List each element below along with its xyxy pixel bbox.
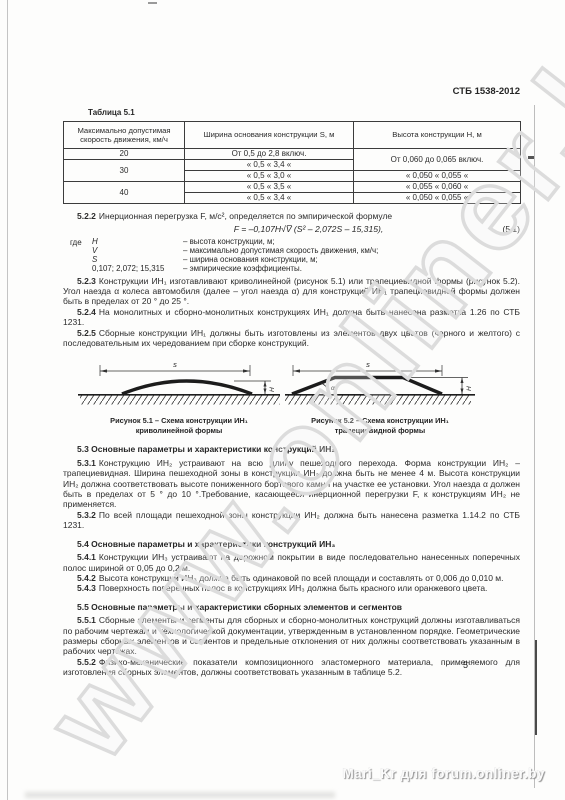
scan-bottom-smudge — [25, 792, 335, 798]
col-header-width: Ширина основания конструкции S, м — [185, 122, 354, 149]
height-dimension-label: H — [269, 387, 276, 392]
cell-width: « 0,5 « 3,0 « — [185, 171, 354, 182]
figure-5-1: s H — [78, 356, 280, 411]
figure-5-2: s α H — [285, 356, 475, 411]
table-header-row: Максимально допустимая скорость движения… — [64, 122, 521, 149]
scan-speck-top — [148, 2, 157, 4]
ground-hatching — [285, 396, 471, 405]
standard-code: СТБ 1538-2012 — [63, 86, 520, 97]
document-content: СТБ 1538-2012 Таблица 5.1 Максимально до… — [63, 86, 520, 678]
cell-width: От 0,5 до 2,8 включ. — [185, 149, 354, 160]
paragraph-5-5-1: 5.5.1Сборные элементы и сегменты для сбо… — [63, 615, 520, 657]
paragraph-5-2-2: 5.2.2Инерционная перегрузка F, м/с², опр… — [63, 211, 520, 221]
paragraph-5-4-1: 5.4.1Конструкции ИН₃ устраивают на дорож… — [63, 552, 520, 573]
col-header-height: Высота конструкции Н, м — [354, 122, 521, 149]
cell-width: « 0,5 « 3,5 « — [185, 182, 354, 193]
scan-speck-right — [528, 156, 534, 159]
cell-height: « 0,055 « 0,060 « — [354, 182, 521, 193]
speed-bump-curved-diagram: s H — [78, 356, 280, 406]
paragraph-5-2-5: 5.2.5Сборные конструкции ИН₁ должны быть… — [63, 328, 520, 349]
paragraph-5-4-3: 5.4.3Поверхность поперечных полос в конс… — [63, 583, 520, 593]
paragraph-5-5-2: 5.5.2Физико-механические показатели комп… — [63, 657, 520, 678]
width-dimension-label: s — [366, 360, 370, 369]
table-caption: Таблица 5.1 — [88, 108, 520, 117]
cell-speed: 20 — [64, 149, 185, 160]
figure-5-1-caption: Рисунок 5.1 – Схема конструкции ИН₁ крив… — [78, 416, 280, 435]
angle-label: α — [331, 385, 335, 392]
legend-row: 0,107; 2,072; 15,315 – эмпирические коэф… — [92, 265, 520, 274]
figure-captions-row: Рисунок 5.1 – Схема конструкции ИН₁ крив… — [63, 416, 520, 435]
formula-number: (5.1) — [503, 224, 520, 235]
section-heading-5-3: 5.3 Основные параметры и характеристики … — [63, 444, 520, 454]
paragraph-5-4-2: 5.4.2Высота конструкции ИН₃ должна быть … — [63, 573, 520, 583]
cell-speed: 30 — [64, 160, 185, 182]
section-heading-5-5: 5.5 Основные параметры и характеристики … — [63, 602, 520, 612]
paragraph-5-2-3: 5.2.3Конструкции ИН₁ изготавливают криво… — [63, 276, 520, 307]
formula-text: F = –0,107Н√V̅ (S² – 2,072S – 15,315), — [234, 224, 384, 234]
cell-speed: 40 — [64, 182, 185, 204]
cell-height: « 0,050 « 0,055 « — [354, 193, 521, 204]
scan-left-edge-line — [7, 0, 8, 800]
section-heading-5-4: 5.4 Основные параметры и характеристики … — [63, 539, 520, 549]
cell-width: « 0,5 « 3,4 « — [185, 193, 354, 204]
cell-width: « 0,5 « 3,4 « — [185, 160, 354, 171]
scanned-document-page: www.onliner.by СТБ 1538-2012 Таблица 5.1… — [0, 0, 565, 800]
cell-height: От 0,060 до 0,065 включ. — [354, 149, 521, 171]
formula-5-1: F = –0,107Н√V̅ (S² – 2,072S – 15,315), (… — [63, 224, 520, 235]
paragraph-5-3-2: 5.3.2По всей площади пешеходной зоны кон… — [63, 510, 520, 531]
formula-legend: где H – высота конструкции, м; V – макси… — [63, 238, 520, 273]
scan-right-edge-dark-mark — [535, 640, 537, 735]
table-5-1: Максимально допустимая скорость движения… — [63, 121, 521, 204]
col-header-speed: Максимально допустимая скорость движения… — [64, 122, 185, 149]
page-number: 5 — [463, 660, 468, 670]
ground-hatching — [80, 396, 280, 405]
table-row: 20 От 0,5 до 2,8 включ. От 0,060 до 0,06… — [64, 149, 521, 160]
table-row: 40 « 0,5 « 3,5 « « 0,055 « 0,060 « — [64, 182, 521, 193]
paragraph-5-2-4: 5.2.4На монолитных и сборно-монолитных к… — [63, 307, 520, 328]
figure-5-2-caption: Рисунок 5.2 – Схема конструкции ИН₁ трап… — [285, 416, 475, 435]
figures-row: s H — [63, 356, 520, 411]
cell-height: « 0,050 « 0,055 « — [354, 171, 521, 182]
scan-credit-text: Mari_Kr для forum.onliner.by — [342, 766, 545, 781]
height-dimension-label: H — [466, 386, 473, 391]
width-dimension-label: s — [173, 360, 177, 369]
where-label: где — [70, 238, 82, 247]
speed-bump-trapezoid-diagram: s α H — [285, 356, 475, 406]
paragraph-5-3-1: 5.3.1Конструкцию ИН₂ устраивают на всю д… — [63, 458, 520, 510]
paragraph-number: 5.2.2 — [77, 211, 96, 221]
